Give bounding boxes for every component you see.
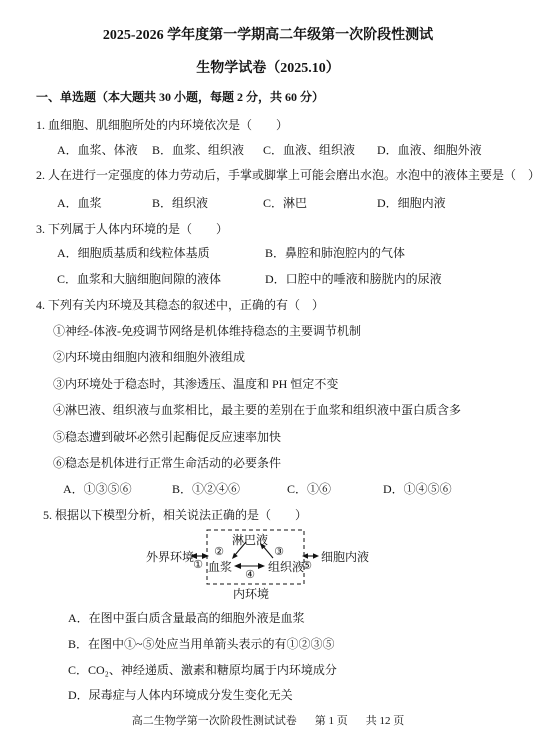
exam-subtitle: 生物学试卷（2025.10） (0, 60, 536, 78)
q4-item-1: ①神经-体液-免疫调节网络是机体维持稳态的主要调节机制 (53, 324, 361, 339)
question-5-option-a: A．在图中蛋白质含量最高的细胞外液是血浆 (68, 611, 305, 626)
question-3-option-c: C．血浆和大脑细胞间隙的液体 (57, 272, 221, 287)
question-5-option-c: C．CO₂、神经递质、激素和糖原均属于内环境成分 (68, 663, 337, 678)
diagram-label-internal-env: 内环境 (233, 586, 269, 601)
footer-total-pages: 共 12 页 (366, 712, 405, 728)
diagram-label-plasma: 血浆 (208, 559, 232, 574)
question-1-option-d: D．血液、细胞外液 (377, 143, 482, 158)
exam-page: 2025-2026 学年度第一学期高二年级第一次阶段性测试 生物学试卷（2025… (0, 0, 536, 756)
question-4-option-a: A．①③⑤⑥ (63, 482, 132, 497)
question-1-option-a: A．血浆、体液 (57, 143, 138, 158)
diagram-number-2: ② (214, 546, 224, 558)
question-3-option-a: A．细胞质基质和线粒体基质 (57, 246, 210, 261)
question-4-option-d: D．①④⑤⑥ (383, 482, 452, 497)
q4-item-3: ③内环境处于稳态时，其渗透压、温度和 PH 恒定不变 (53, 377, 338, 392)
arrowhead-lymph-plasma (232, 553, 238, 559)
q4-item-6: ⑥稳态是机体进行正常生命活动的必要条件 (53, 456, 281, 471)
question-1-option-b: B．血浆、组织液 (152, 143, 244, 158)
diagram-label-tissue-fluid: 组织液 (268, 559, 304, 574)
question-1-option-c: C．血液、组织液 (263, 143, 355, 158)
q4-item-2: ②内环境由细胞内液和细胞外液组成 (53, 350, 245, 365)
exam-title: 2025-2026 学年度第一学期高二年级第一次阶段性测试 (0, 27, 536, 45)
question-4-option-c: C．①⑥ (287, 482, 331, 497)
section-heading: 一、单选题（本大题共 30 小题，每题 2 分，共 60 分） (36, 90, 324, 105)
diagram-number-3: ③ (274, 546, 284, 558)
diagram-number-4: ④ (245, 569, 255, 581)
question-2-option-d: D．细胞内液 (377, 196, 446, 211)
q4-item-4: ④淋巴液、组织液与血浆相比，最主要的差别在于血浆和组织液中蛋白质含多 (53, 403, 461, 418)
question-4-option-b: B．①②④⑥ (172, 482, 240, 497)
arrowhead-right-out (302, 553, 308, 559)
diagram-number-5: ⑤ (302, 560, 312, 572)
diagram-svg: 淋巴液 血浆 组织液 外界环境 细胞内液 内环境 ① ② ③ ④ ⑤ (140, 524, 380, 608)
question-3-stem: 3. 下列属于人体内环境的是（ ） (36, 222, 228, 237)
question-5-option-d: D．尿毒症与人体内环境成分发生变化无关 (68, 688, 293, 703)
diagram-label-intracellular-fluid: 细胞内液 (321, 549, 369, 564)
question-3-option-d: D．口腔中的唾液和膀胱内的尿液 (265, 272, 442, 287)
arrowhead-left-in (202, 553, 209, 559)
page-footer: 高二生物学第一次阶段性测试试卷 第 1 页 共 12 页 (0, 712, 536, 728)
q4-item-5: ⑤稳态遭到破坏必然引起酶促反应速率加快 (53, 430, 281, 445)
question-5-option-b: B．在图中①~⑤处应当用单箭头表示的有①②③⑤ (68, 637, 335, 652)
diagram-label-external-env: 外界环境 (146, 549, 194, 564)
question-3-option-b: B．鼻腔和肺泡腔内的气体 (265, 246, 405, 261)
internal-environment-diagram: 淋巴液 血浆 组织液 外界环境 细胞内液 内环境 ① ② ③ ④ ⑤ (140, 524, 380, 608)
diagram-number-1: ① (193, 559, 203, 571)
question-2-option-a: A．血浆 (57, 196, 102, 211)
arrowhead-mid-right (258, 563, 265, 569)
arrowhead-right-in (313, 553, 319, 559)
question-2-option-b: B．组织液 (152, 196, 208, 211)
question-2-stem: 2. 人在进行一定强度的体力劳动后，手掌或脚掌上可能会磨出水泡。水泡中的液体主要… (36, 168, 536, 183)
question-2-option-c: C．淋巴 (263, 196, 307, 211)
diagram-label-lymph: 淋巴液 (232, 532, 268, 547)
footer-page-number: 第 1 页 (315, 712, 348, 728)
arrowhead-mid-left (234, 563, 241, 569)
question-4-stem: 4. 下列有关内环境及其稳态的叙述中，正确的有（ ） (36, 298, 324, 313)
footer-doc-title: 高二生物学第一次阶段性测试试卷 (132, 712, 297, 728)
question-1-stem: 1. 血细胞、肌细胞所处的内环境依次是（ ） (36, 118, 288, 133)
question-5-stem: 5. 根据以下模型分析，相关说法正确的是（ ） (43, 508, 307, 523)
